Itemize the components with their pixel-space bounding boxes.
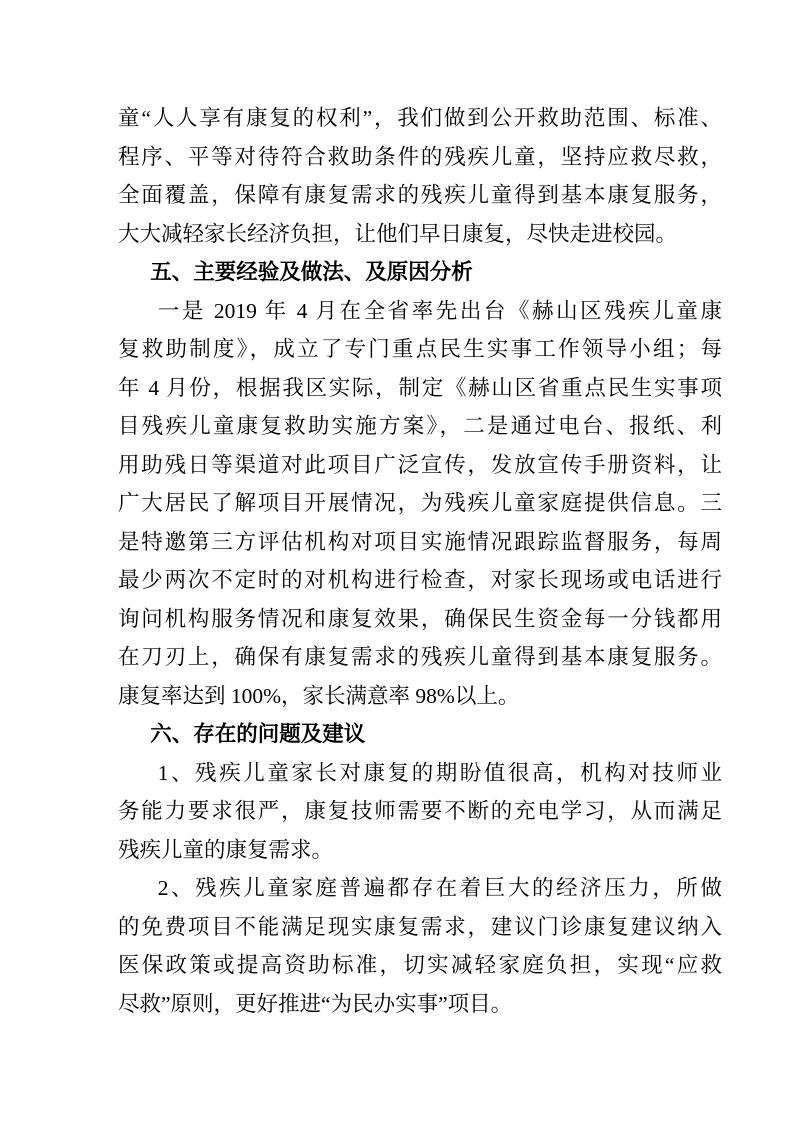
paragraph-experience-line-4: 目残疾儿童康复救助实施方案》，二是通过电台、报纸、利 (118, 407, 722, 446)
paragraph-experience-line-11: 康复率达到 100%，家长满意率 98%以上。 (118, 677, 722, 716)
paragraph-experience-line-1: 一是 2019 年 4 月在全省率先出台《赫山区残疾儿童康 (118, 292, 722, 331)
paragraph-issue-1-line-3: 残疾儿童的康复需求。 (118, 831, 722, 870)
section-heading-5-line-1: 五、主要经验及做法、及原因分析 (118, 253, 722, 292)
paragraph-experience-line-8: 最少两次不定时的对机构进行检查，对家长现场或电话进行 (118, 561, 722, 600)
paragraph-issue-1-line-2: 务能力要求很严，康复技师需要不断的充电学习，从而满足 (118, 792, 722, 831)
paragraph-experience-line-2: 复救助制度》，成立了专门重点民生实事工作领导小组；每 (118, 330, 722, 369)
paragraph-continuation-line-1: 童“人人享有康复的权利”，我们做到公开救助范围、标准、 (118, 99, 722, 138)
paragraph-issue-2-line-1: 2、残疾儿童家庭普遍都存在着巨大的经济压力，所做 (118, 869, 722, 908)
paragraph-experience-line-9: 询问机构服务情况和康复效果，确保民生资金每一分钱都用 (118, 600, 722, 639)
paragraph-issue-2-line-4: 尽救”原则，更好推进“为民办实事”项目。 (118, 985, 722, 1024)
document-page: 童“人人享有康复的权利”，我们做到公开救助范围、标准、程序、平等对待符合救助条件… (0, 0, 793, 1122)
section-heading-6-line-1: 六、存在的问题及建议 (118, 715, 722, 754)
document-content: 童“人人享有康复的权利”，我们做到公开救助范围、标准、程序、平等对待符合救助条件… (118, 99, 722, 1023)
paragraph-issue-2-line-3: 医保政策或提高资助标准，切实减轻家庭负担，实现“应救 (118, 946, 722, 985)
paragraph-issue-1-line-1: 1、残疾儿童家长对康复的期盼值很高，机构对技师业 (118, 754, 722, 793)
paragraph-experience-line-6: 广大居民了解项目开展情况，为残疾儿童家庭提供信息。三 (118, 484, 722, 523)
paragraph-experience-line-3: 年 4 月份，根据我区实际，制定《赫山区省重点民生实事项 (118, 369, 722, 408)
paragraph-continuation-line-2: 程序、平等对待符合救助条件的残疾儿童，坚持应救尽救， (118, 138, 722, 177)
paragraph-issue-2-line-2: 的免费项目不能满足现实康复需求，建议门诊康复建议纳入 (118, 908, 722, 947)
paragraph-continuation-line-3: 全面覆盖，保障有康复需求的残疾儿童得到基本康复服务， (118, 176, 722, 215)
paragraph-experience-line-7: 是特邀第三方评估机构对项目实施情况跟踪监督服务，每周 (118, 523, 722, 562)
paragraph-experience-line-5: 用助残日等渠道对此项目广泛宣传，发放宣传手册资料，让 (118, 446, 722, 485)
paragraph-experience-line-10: 在刀刃上，确保有康复需求的残疾儿童得到基本康复服务。 (118, 638, 722, 677)
paragraph-continuation-line-4: 大大减轻家长经济负担，让他们早日康复，尽快走进校园。 (118, 215, 722, 254)
